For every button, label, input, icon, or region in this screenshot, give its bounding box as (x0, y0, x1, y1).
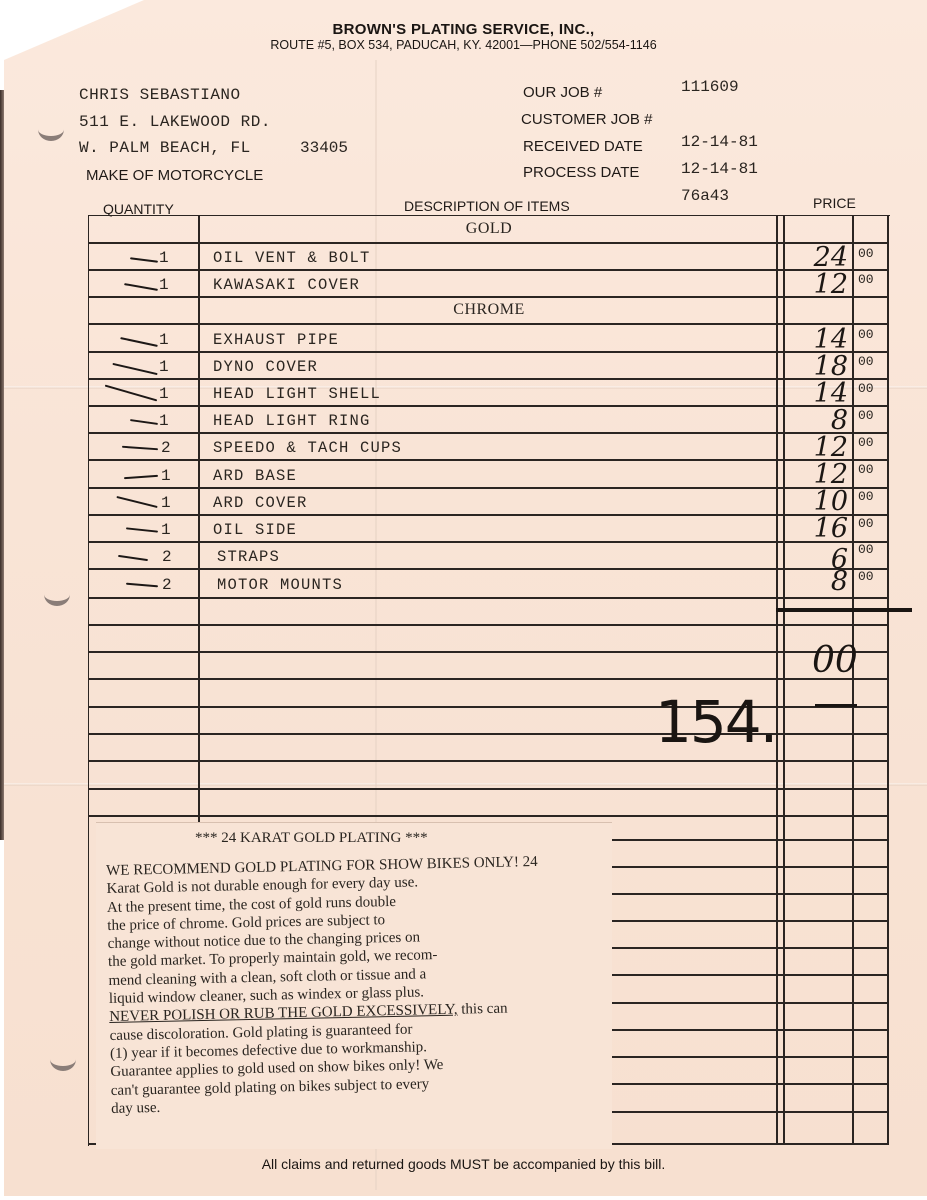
punch-hole-icon (38, 118, 64, 141)
item-qty: 2 (161, 439, 171, 457)
row-rule (88, 568, 888, 570)
item-cents: 00 (858, 246, 874, 261)
company-name: BROWN'S PLATING SERVICE, INC., (0, 21, 927, 38)
item-cents: 00 (858, 435, 874, 450)
item-description: SPEEDO & TACH CUPS (213, 439, 402, 457)
row-rule (88, 651, 888, 653)
item-cents: 00 (858, 462, 874, 477)
row-rule (88, 514, 888, 516)
item-price: 12 (778, 434, 848, 461)
item-description: HEAD LIGHT SHELL (213, 385, 381, 403)
row-rule (612, 974, 888, 976)
punch-hole-icon (50, 1048, 76, 1071)
item-cents: 00 (858, 542, 874, 557)
row-rule (88, 541, 888, 543)
item-price: 14 (778, 326, 848, 353)
received-date-label: RECEIVED DATE (523, 138, 643, 155)
row-rule (88, 351, 888, 353)
item-cents: 00 (858, 516, 874, 531)
item-description: OIL VENT & BOLT (213, 249, 371, 267)
item-qty: 2 (162, 576, 172, 594)
row-rule (612, 893, 888, 895)
section-gold: GOLD (200, 220, 778, 238)
row-rule (88, 405, 888, 407)
item-price: 8 (778, 568, 848, 595)
item-cents: 00 (858, 354, 874, 369)
row-rule (612, 866, 888, 868)
row-rule (88, 296, 888, 298)
item-price: 18 (778, 353, 848, 380)
row-rule (88, 678, 888, 680)
item-price: 16 (778, 515, 848, 542)
row-rule (612, 920, 888, 922)
item-description: KAWASAKI COVER (213, 276, 360, 294)
company-address: ROUTE #5, BOX 534, PADUCAH, KY. 42001—PH… (0, 38, 927, 52)
our-job-label: OUR JOB # (523, 84, 602, 101)
make-of-motorcycle-label: MAKE OF MOTORCYCLE (86, 167, 263, 184)
item-description: EXHAUST PIPE (213, 331, 339, 349)
row-rule (612, 1083, 888, 1085)
sum-line (776, 608, 912, 612)
row-rule (612, 1002, 888, 1004)
item-price: 12 (778, 271, 848, 298)
row-rule (88, 788, 888, 790)
item-cents: 00 (858, 381, 874, 396)
total-cents: 00 (812, 640, 858, 681)
item-qty: 1 (159, 249, 169, 267)
row-rule (88, 624, 888, 626)
customer-city-state: W. PALM BEACH, FL (79, 139, 251, 157)
notice-title: *** 24 KARAT GOLD PLATING *** (195, 830, 428, 847)
item-description: HEAD LIGHT RING (213, 412, 371, 430)
item-qty: 1 (159, 331, 169, 349)
process-date-label: PROCESS DATE (523, 164, 639, 181)
item-qty: 1 (161, 467, 171, 485)
section-chrome: CHROME (200, 301, 778, 319)
row-rule (612, 839, 888, 841)
process-date-value: 12-14-81 (681, 160, 758, 178)
item-price: 12 (778, 461, 848, 488)
item-description: OIL SIDE (213, 521, 297, 539)
row-rule (88, 432, 888, 434)
item-description: ARD BASE (213, 467, 297, 485)
item-qty: 1 (161, 494, 171, 512)
item-qty: 1 (159, 385, 169, 403)
row-rule (88, 269, 888, 271)
notice-line-tail: this can (457, 1001, 507, 1018)
item-cents: 00 (858, 489, 874, 504)
customer-name: CHRIS SEBASTIANO (79, 86, 241, 104)
row-rule (88, 487, 888, 489)
item-qty: 2 (162, 548, 172, 566)
item-cents: 00 (858, 327, 874, 342)
item-qty: 1 (159, 358, 169, 376)
item-price: 24 (778, 244, 848, 271)
notice-body: WE RECOMMEND GOLD PLATING FOR SHOW BIKES… (106, 852, 611, 1119)
row-rule (88, 815, 888, 817)
customer-zip: 33405 (300, 139, 348, 157)
item-price: 14 (778, 380, 848, 407)
row-rule (88, 760, 888, 762)
customer-job-label: CUSTOMER JOB # (521, 111, 652, 128)
total-underline (815, 704, 857, 707)
row-rule (88, 323, 888, 325)
row-rule (612, 1056, 888, 1058)
reference-code: 76a43 (681, 187, 729, 205)
item-cents: 00 (858, 569, 874, 584)
total-amount: 154. (655, 688, 776, 756)
punch-hole-icon (44, 583, 70, 606)
item-qty: 1 (159, 276, 169, 294)
item-qty: 1 (161, 521, 171, 539)
row-rule (612, 1111, 888, 1113)
item-description: STRAPS (217, 548, 280, 566)
item-price: 10 (778, 488, 848, 515)
customer-street: 511 E. LAKEWOOD RD. (79, 113, 271, 131)
received-date-value: 12-14-81 (681, 133, 758, 151)
item-price: 8 (778, 407, 848, 434)
row-rule (88, 242, 888, 244)
description-column-header: DESCRIPTION OF ITEMS (404, 198, 570, 214)
item-qty: 1 (159, 412, 169, 430)
item-description: MOTOR MOUNTS (217, 576, 343, 594)
table-divider (887, 215, 889, 1145)
row-rule (88, 459, 888, 461)
footer-disclaimer: All claims and returned goods MUST be ac… (0, 1156, 927, 1172)
item-description: DYNO COVER (213, 358, 318, 376)
row-rule (88, 378, 888, 380)
item-description: ARD COVER (213, 494, 308, 512)
item-cents: 00 (858, 408, 874, 423)
row-rule (612, 1029, 888, 1031)
row-rule (612, 947, 888, 949)
row-rule (88, 597, 888, 599)
item-cents: 00 (858, 272, 874, 287)
price-column-header: PRICE (813, 195, 856, 211)
our-job-value: 111609 (681, 78, 739, 96)
